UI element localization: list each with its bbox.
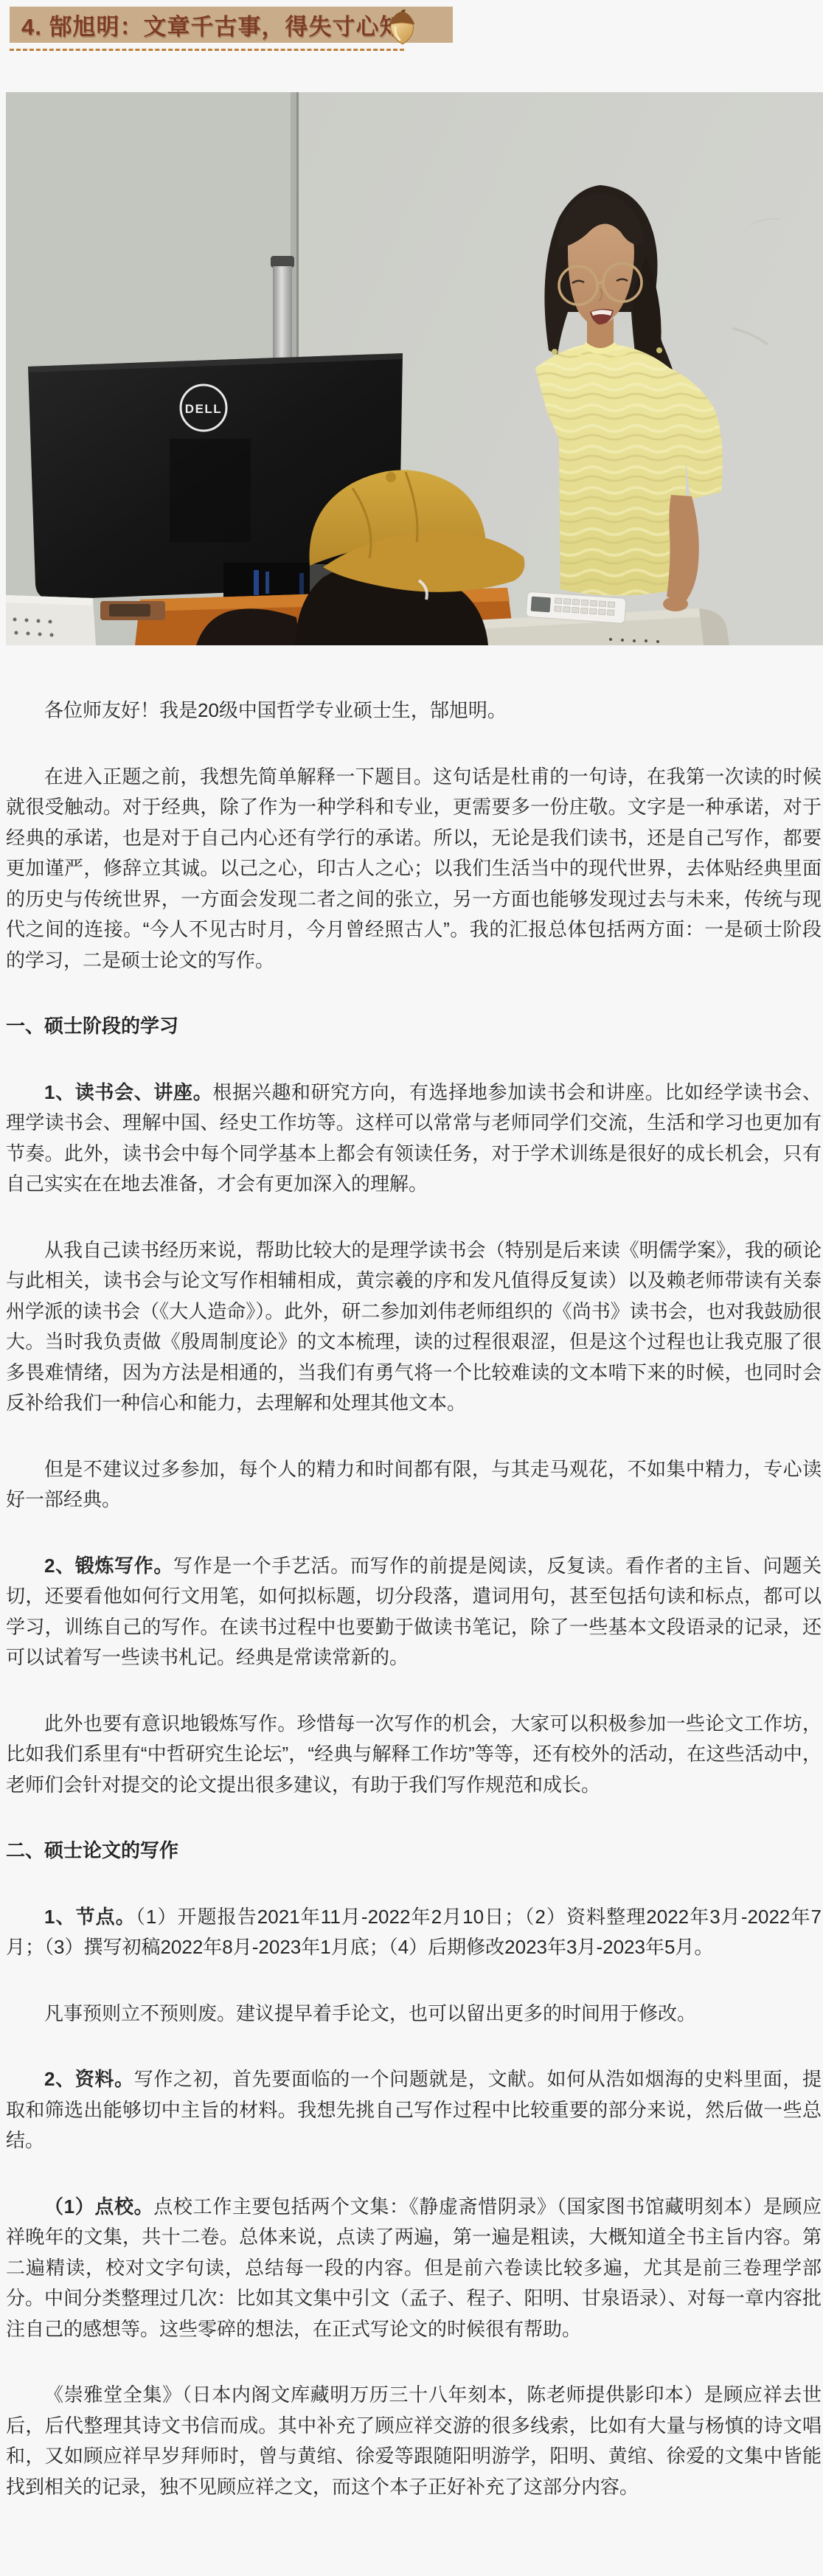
title-underline (10, 49, 404, 51)
paragraph-lead: 2、锻炼写作。 (44, 1555, 173, 1577)
paragraph: 1、节点。（1）开题报告2021年11月-2022年2月10日；（2）资料整理2… (6, 1902, 822, 1963)
paragraph: 从我自己读书经历来说，帮助比较大的是理学读书会（特别是后来读《明儒学案》，我的硕… (6, 1235, 822, 1419)
monitor-logo-text: DELL (185, 402, 222, 416)
paragraph: 在进入正题之前，我想先简单解释一下题目。这句话是杜甫的一句诗，在我第一次读的时候… (6, 762, 822, 976)
paragraph: （1）点校。点校工作主要包括两个文集：《静虚斋惜阴录》（国家图书馆藏明刻本）是顾… (6, 2192, 822, 2345)
paragraph-lead: （1）点校。 (44, 2195, 153, 2218)
article-body: 各位师友好！我是20级中国哲学专业硕士生，郜旭明。在进入正题之前，我想先简单解释… (0, 645, 823, 2538)
acorn-icon (384, 8, 420, 46)
white-box (6, 595, 96, 645)
paragraph: 2、锻炼写作。写作是一个手艺活。而写作的前提是阅读，反复读。看作者的主旨、问题关… (6, 1551, 822, 1673)
paragraph-lead: 1、节点。 (44, 1906, 136, 1928)
paragraph: 各位师友好！我是20级中国哲学专业硕士生，郜旭明。 (6, 695, 822, 726)
paragraph: 凡事预则立不预则废。建议提早着手论文，也可以留出更多的时间用于修改。 (6, 1999, 822, 2030)
article-page: 4. 郜旭明：文章千古事，得失寸心知 (0, 0, 823, 2576)
section-heading: 二、硕士论文的写作 (6, 1836, 822, 1867)
paragraph: 1、读书会、讲座。根据兴趣和研究方向，有选择地参加读书会和讲座。比如经学读书会、… (6, 1077, 822, 1200)
paragraph-lead: 1、读书会、讲座。 (44, 1081, 212, 1103)
paragraph: 《崇雅堂全集》（日本内阁文库藏明万历三十八年刻本，陈老师提供影印本）是顾应祥去世… (6, 2380, 822, 2502)
article-photo[interactable]: DELL (6, 92, 823, 645)
section-title: 4. 郜旭明：文章千古事，得失寸心知 (21, 8, 403, 41)
paragraph: 此外也要有意识地锻炼写作。珍惜每一次写作的机会，大家可以积极参加一些论文工作坊，… (6, 1709, 822, 1801)
section-heading: 一、硕士阶段的学习 (6, 1011, 822, 1042)
paragraph: 但是不建议过多参加，每个人的精力和时间都有限，与其走马观花，不如集中精力，专心读… (6, 1454, 822, 1516)
paragraph-lead: 2、资料。 (44, 2068, 134, 2090)
paragraph: 2、资料。写作之初，首先要面临的一个问题就是，文献。如何从浩如烟海的史料里面，提… (6, 2064, 822, 2156)
